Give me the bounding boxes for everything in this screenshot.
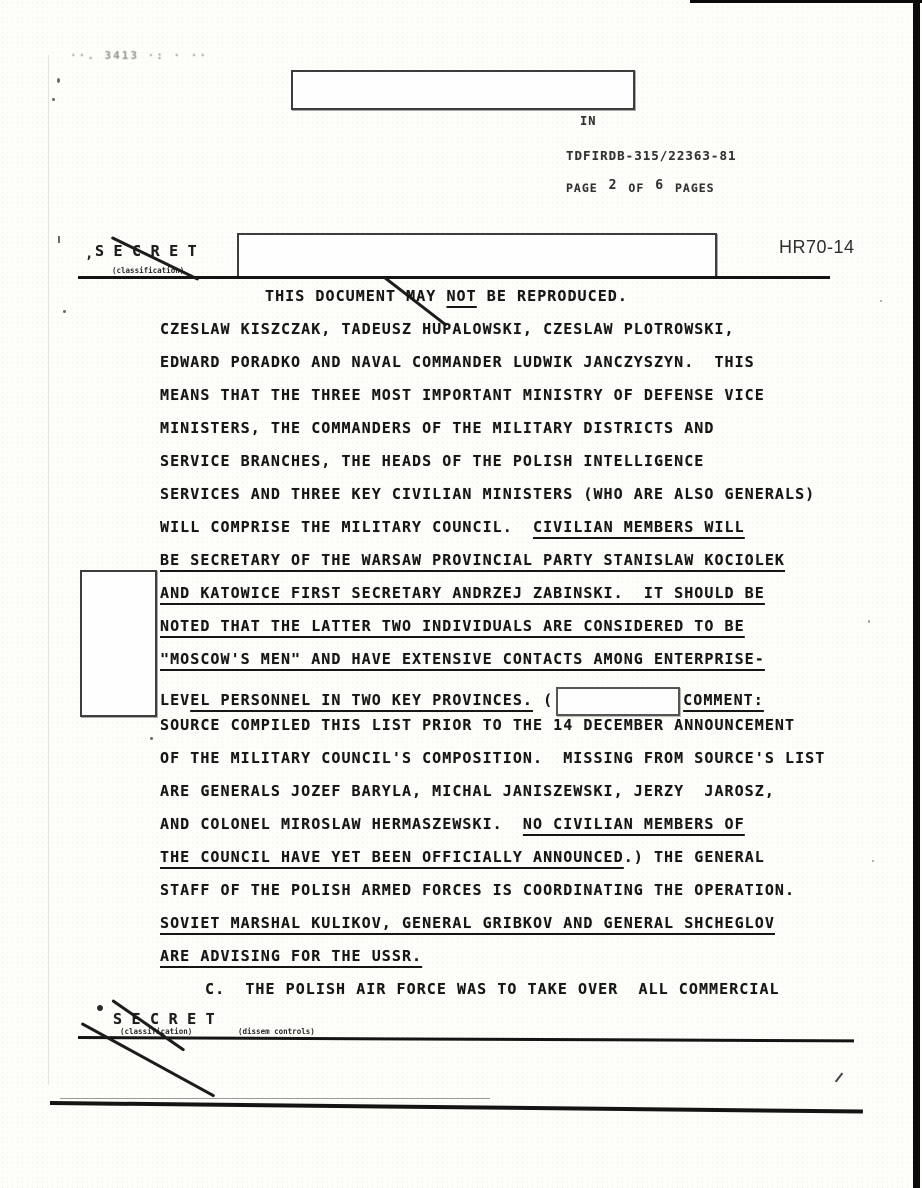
- body-text-segment: THE COUNCIL HAVE YET BEEN OFFICIALLY ANN…: [160, 848, 624, 866]
- body-text-segment: SOURCE COMPILED THIS LIST PRIOR TO THE 1…: [160, 716, 795, 734]
- pages-word: PAGES: [675, 181, 715, 195]
- in-label: IN: [580, 114, 596, 128]
- body-text-segment: EL PERSONNEL IN TWO KEY PROVINCES.: [190, 691, 533, 709]
- redaction-box-classification: [237, 233, 717, 278]
- scan-speck: [57, 78, 60, 83]
- body-text-segment: MINISTERS, THE COMMANDERS OF THE MILITAR…: [160, 419, 714, 437]
- body-line: LEVEL PERSONNEL IN TWO KEY PROVINCES. (C…: [160, 676, 860, 709]
- body-text-segment: NO CIVILIAN MEMBERS OF: [523, 815, 745, 833]
- body-line: AND COLONEL MIROSLAW HERMASZEWSKI. NO CI…: [160, 808, 860, 841]
- reference-number: TDFIRDB-315/22363-81: [566, 148, 737, 163]
- body-text-segment: "MOSCOW'S MEN" AND HAVE EXTENSIVE CONTAC…: [160, 650, 765, 668]
- body-text-segment: MEANS THAT THE THREE MOST IMPORTANT MINI…: [160, 386, 765, 404]
- body-text-segment: BE SECRETARY OF THE WARSAW PROVINCIAL PA…: [160, 551, 785, 569]
- release-stamp: HR70-14: [779, 237, 855, 258]
- scan-edge-right: [913, 0, 920, 1188]
- body-text-segment: STAFF OF THE POLISH ARMED FORCES IS COOR…: [160, 881, 795, 899]
- body-line: EDWARD PORADKO AND NAVAL COMMANDER LUDWI…: [160, 346, 860, 379]
- of-word: OF: [628, 181, 644, 195]
- body-line: WILL COMPRISE THE MILITARY COUNCIL. CIVI…: [160, 511, 860, 544]
- document-page: ··. 3413 ·: · ·· IN TDFIRDB-315/22363-81…: [0, 0, 922, 1188]
- body-text-segment: SERVICES AND THREE KEY CIVILIAN MINISTER…: [160, 485, 815, 503]
- bottom-rule-shadow: [60, 1098, 490, 1099]
- dissem-controls-caption: (dissem controls): [238, 1027, 315, 1036]
- body-line: NOTED THAT THE LATTER TWO INDIVIDUALS AR…: [160, 610, 860, 643]
- body-text-segment: SOVIET MARSHAL KULIKOV, GENERAL GRIBKOV …: [160, 914, 775, 932]
- body-line: SOVIET MARSHAL KULIKOV, GENERAL GRIBKOV …: [160, 907, 860, 940]
- body-text-segment: ARE ADVISING FOR THE USSR.: [160, 947, 422, 965]
- body-text: THIS DOCUMENT MAY NOT BE REPRODUCED.CZES…: [160, 280, 860, 1006]
- body-text-segment: OF THE MILITARY COUNCIL'S COMPOSITION. M…: [160, 749, 825, 767]
- body-line: THE COUNCIL HAVE YET BEEN OFFICIALLY ANN…: [160, 841, 860, 874]
- body-line: ARE GENERALS JOZEF BARYLA, MICHAL JANISZ…: [160, 775, 860, 808]
- body-text-segment: AND KATOWICE FIRST SECRETARY ANDRZEJ ZAB…: [160, 584, 765, 602]
- body-text-segment: EDWARD PORADKO AND NAVAL COMMANDER LUDWI…: [160, 353, 755, 371]
- redaction-box-top: [291, 70, 635, 110]
- body-text-segment: .) THE GENERAL: [624, 848, 765, 866]
- body-line: ARE ADVISING FOR THE USSR.: [160, 940, 860, 973]
- scan-speck: [63, 310, 66, 313]
- body-line: STAFF OF THE POLISH ARMED FORCES IS COOR…: [160, 874, 860, 907]
- scan-speck: [868, 620, 870, 623]
- body-line: OF THE MILITARY COUNCIL'S COMPOSITION. M…: [160, 742, 860, 775]
- body-line: THIS DOCUMENT MAY NOT BE REPRODUCED.: [160, 280, 860, 313]
- body-text-segment: NOT: [446, 287, 476, 305]
- body-line: MINISTERS, THE COMMANDERS OF THE MILITAR…: [160, 412, 860, 445]
- page-total: 6: [652, 178, 667, 193]
- scan-speck: [835, 1073, 843, 1083]
- scan-speck: [97, 1005, 103, 1011]
- page-word: PAGE: [566, 181, 598, 195]
- body-line: MEANS THAT THE THREE MOST IMPORTANT MINI…: [160, 379, 860, 412]
- stray-comma-mark: ,: [85, 246, 93, 262]
- bottom-rule: [50, 1101, 863, 1114]
- scan-speck: [880, 300, 882, 302]
- body-line: SOURCE COMPILED THIS LIST PRIOR TO THE 1…: [160, 709, 860, 742]
- scan-speck: [58, 236, 60, 243]
- body-line: BE SECRETARY OF THE WARSAW PROVINCIAL PA…: [160, 544, 860, 577]
- body-text-segment: WILL COMPRISE THE MILITARY COUNCIL.: [160, 518, 533, 536]
- body-text-segment: CZESLAW KISZCZAK, TADEUSZ HUPALOWSKI, CZ…: [160, 320, 735, 338]
- body-text-segment: COMMENT:: [683, 691, 764, 709]
- redaction-box-margin: [80, 570, 157, 717]
- redaction-box-inline: [556, 687, 680, 716]
- body-text-segment: CIVILIAN MEMBERS WILL: [533, 518, 745, 536]
- body-text-segment: C. THE POLISH AIR FORCE WAS TO TAKE OVER…: [205, 980, 780, 998]
- body-text-segment: ARE GENERALS JOZEF BARYLA, MICHAL JANISZ…: [160, 782, 775, 800]
- body-line: AND KATOWICE FIRST SECRETARY ANDRZEJ ZAB…: [160, 577, 860, 610]
- body-line: SERVICES AND THREE KEY CIVILIAN MINISTER…: [160, 478, 860, 511]
- body-line: "MOSCOW'S MEN" AND HAVE EXTENSIVE CONTAC…: [160, 643, 860, 676]
- body-line: SERVICE BRANCHES, THE HEADS OF THE POLIS…: [160, 445, 860, 478]
- footer-rule: [78, 1036, 854, 1042]
- scan-edge-left: [48, 55, 49, 1085]
- body-line: C. THE POLISH AIR FORCE WAS TO TAKE OVER…: [160, 973, 860, 1006]
- body-text-segment: (: [533, 691, 553, 709]
- body-line: CZESLAW KISZCZAK, TADEUSZ HUPALOWSKI, CZ…: [160, 313, 860, 346]
- faint-marking: ··. 3413 ·: · ··: [70, 49, 208, 62]
- body-text-segment: LEV: [160, 691, 190, 709]
- body-text-segment: BE REPRODUCED.: [477, 287, 628, 305]
- page-count-line: PAGE 2 OF 6 PAGES: [566, 181, 715, 196]
- scan-speck: [872, 860, 874, 862]
- scan-speck: [52, 98, 55, 101]
- scan-speck: [150, 737, 153, 740]
- body-text-segment: AND COLONEL MIROSLAW HERMASZEWSKI.: [160, 815, 523, 833]
- scan-edge-top: [690, 0, 922, 3]
- body-text-segment: THIS DOCUMENT MAY: [265, 287, 446, 305]
- body-text-segment: SERVICE BRANCHES, THE HEADS OF THE POLIS…: [160, 452, 704, 470]
- body-text-segment: NOTED THAT THE LATTER TWO INDIVIDUALS AR…: [160, 617, 745, 635]
- page-number: 2: [606, 178, 621, 193]
